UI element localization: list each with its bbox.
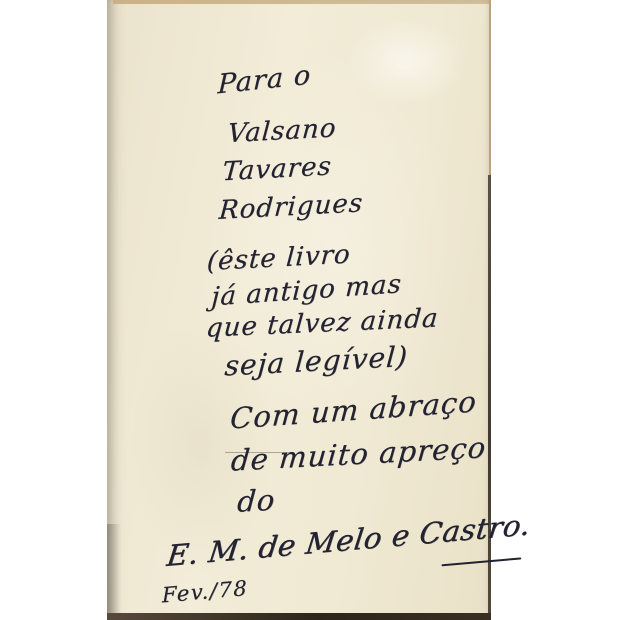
inscription-line-recipient-name: Valsano [227, 113, 338, 149]
signature-underline-flourish [441, 557, 521, 566]
inscription-line: do [236, 483, 277, 519]
handwritten-inscription: Para o Valsano Tavares Rodrigues (êste l… [102, 0, 497, 620]
inscription-line: (êste livro [206, 240, 352, 278]
book-flyleaf-photo: Para o Valsano Tavares Rodrigues (êste l… [107, 0, 491, 620]
inscription-line: Para o [217, 60, 312, 101]
page-right-edge-upper [489, 0, 491, 175]
inscription-line: de muito apreço [230, 430, 488, 477]
inscription-line: seja legível) [223, 340, 409, 383]
inscription-line-recipient-name: Tavares [221, 151, 333, 187]
photo-canvas: Para o Valsano Tavares Rodrigues (êste l… [0, 0, 620, 620]
inscription-line-recipient-name: Rodrigues [218, 188, 364, 226]
inscription-date: Fev./78 [162, 576, 249, 607]
inscription-line: Com um abraço [229, 384, 478, 435]
